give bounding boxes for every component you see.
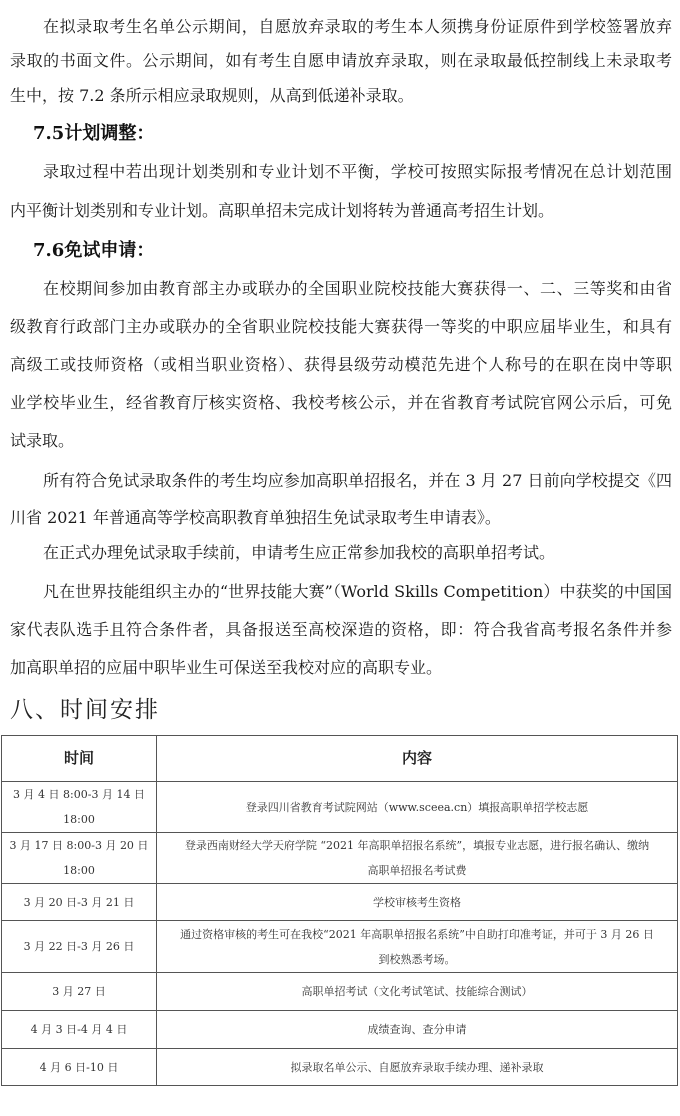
cell-time: 4 月 6 日-10 日 <box>2 1049 157 1086</box>
cell-text: 通过资格审核的考生可在我校“2021 年高职单招报名系统”中自助打印准考证，并可… <box>161 922 673 947</box>
schedule-table: 时间 内容 3 月 4 日 8:00-3 月 14 日 18:00 登录四川省教… <box>1 735 678 1086</box>
text-line: 川省 2021 年普通高等学校高职教育单独招生免试录取考生申请表》。 <box>10 501 672 535</box>
cell-content: 登录四川省教育考试院网站（www.sceea.cn）填报高职单招学校志愿 <box>157 782 678 833</box>
cell-content: 通过资格审核的考生可在我校“2021 年高职单招报名系统”中自助打印准考证，并可… <box>157 921 678 973</box>
table-header-row: 时间 内容 <box>2 736 678 782</box>
cell-text: 18:00 <box>6 807 152 832</box>
column-header-content: 内容 <box>157 736 678 782</box>
text-line: 生中，按 7.2 条所示相应录取规则，从高到低递补录取。 <box>10 79 672 113</box>
cell-text: 18:00 <box>6 858 152 883</box>
text-line: 业学校毕业生，经省教育厅核实资格、我校考核公示，并在省教育考试院官网公示后，可免 <box>10 386 672 420</box>
text-line: 内平衡计划类别和专业计划。高职单招未完成计划将转为普通高考招生计划。 <box>10 194 672 228</box>
section-title-schedule: 八、时间安排 <box>10 693 160 727</box>
cell-content: 成绩查询、查分申请 <box>157 1011 678 1049</box>
cell-text: 高职单招考试（文化考试笔试、技能综合测试） <box>161 979 673 1004</box>
cell-text: 高职单招报名考试费 <box>161 858 673 883</box>
text-line: 录取的书面文件。公示期间，如有考生自愿申请放弃录取，则在录取最低控制线上未录取考 <box>10 44 672 78</box>
table-row: 3 月 20 日-3 月 21 日 学校审核考生资格 <box>2 884 678 921</box>
cell-text: 3 月 27 日 <box>6 979 152 1004</box>
cell-text: 到校熟悉考场。 <box>161 947 673 972</box>
table-row: 3 月 4 日 8:00-3 月 14 日 18:00 登录四川省教育考试院网站… <box>2 782 678 833</box>
cell-text: 4 月 3 日-4 月 4 日 <box>6 1017 152 1042</box>
heading-7-6-exemption-application: 7.6免试申请： <box>33 234 154 268</box>
cell-text: 4 月 6 日-10 日 <box>6 1055 152 1080</box>
cell-content: 学校审核考生资格 <box>157 884 678 921</box>
cell-time: 3 月 20 日-3 月 21 日 <box>2 884 157 921</box>
cell-content: 拟录取名单公示、自愿放弃录取手续办理、递补录取 <box>157 1049 678 1086</box>
text-line: 在正式办理免试录取手续前，申请考生应正常参加我校的高职单招考试。 <box>43 536 672 570</box>
table-row: 4 月 3 日-4 月 4 日 成绩查询、查分申请 <box>2 1011 678 1049</box>
text-line: 家代表队选手且符合条件者，具备报送至高校深造的资格，即：符合我省高考报名条件并参 <box>10 613 672 647</box>
cell-time: 3 月 17 日 8:00-3 月 20 日 18:00 <box>2 833 157 884</box>
cell-text: 拟录取名单公示、自愿放弃录取手续办理、递补录取 <box>161 1055 673 1080</box>
cell-content: 登录西南财经大学天府学院 “2021 年高职单招报名系统”，填报专业志愿，进行报… <box>157 833 678 884</box>
cell-text: 登录四川省教育考试院网站（www.sceea.cn）填报高职单招学校志愿 <box>161 795 673 820</box>
text-line: 在拟录取考生名单公示期间，自愿放弃录取的考生本人须携身份证原件到学校签署放弃 <box>43 10 672 44</box>
cell-text: 3 月 17 日 8:00-3 月 20 日 <box>6 833 152 858</box>
cell-text: 3 月 22 日-3 月 26 日 <box>6 934 152 959</box>
text-line: 在校期间参加由教育部主办或联办的全国职业院校技能大赛获得一、二、三等奖和由省 <box>43 272 672 306</box>
cell-text: 3 月 20 日-3 月 21 日 <box>6 890 152 915</box>
cell-text: 登录西南财经大学天府学院 “2021 年高职单招报名系统”，填报专业志愿，进行报… <box>161 833 673 858</box>
text-line: 级教育行政部门主办或联办的全省职业院校技能大赛获得一等奖的中职应届毕业生，和具有 <box>10 310 672 344</box>
column-header-time: 时间 <box>2 736 157 782</box>
text-line: 加高职单招的应届中职毕业生可保送至我校对应的高职专业。 <box>10 651 672 685</box>
cell-time: 3 月 27 日 <box>2 973 157 1011</box>
cell-text: 3 月 4 日 8:00-3 月 14 日 <box>6 782 152 807</box>
table-row: 3 月 22 日-3 月 26 日 通过资格审核的考生可在我校“2021 年高职… <box>2 921 678 973</box>
table-row: 4 月 6 日-10 日 拟录取名单公示、自愿放弃录取手续办理、递补录取 <box>2 1049 678 1086</box>
cell-time: 3 月 22 日-3 月 26 日 <box>2 921 157 973</box>
table-row: 3 月 27 日 高职单招考试（文化考试笔试、技能综合测试） <box>2 973 678 1011</box>
text-line: 所有符合免试录取条件的考生均应参加高职单招报名，并在 3 月 27 日前向学校提… <box>43 464 672 498</box>
cell-time: 4 月 3 日-4 月 4 日 <box>2 1011 157 1049</box>
text-line: 高级工或技师资格（或相当职业资格）、获得县级劳动模范先进个人称号的在职在岗中等职 <box>10 348 672 382</box>
cell-text: 成绩查询、查分申请 <box>161 1017 673 1042</box>
text-line: 录取过程中若出现计划类别和专业计划不平衡，学校可按照实际报考情况在总计划范围 <box>43 155 672 189</box>
cell-time: 3 月 4 日 8:00-3 月 14 日 18:00 <box>2 782 157 833</box>
text-line: 试录取。 <box>10 424 672 458</box>
cell-content: 高职单招考试（文化考试笔试、技能综合测试） <box>157 973 678 1011</box>
heading-7-5-plan-adjustment: 7.5计划调整： <box>33 117 154 151</box>
table-row: 3 月 17 日 8:00-3 月 20 日 18:00 登录西南财经大学天府学… <box>2 833 678 884</box>
cell-text: 学校审核考生资格 <box>161 890 673 915</box>
text-line: 凡在世界技能组织主办的“世界技能大赛”（World Skills Competi… <box>43 575 672 609</box>
